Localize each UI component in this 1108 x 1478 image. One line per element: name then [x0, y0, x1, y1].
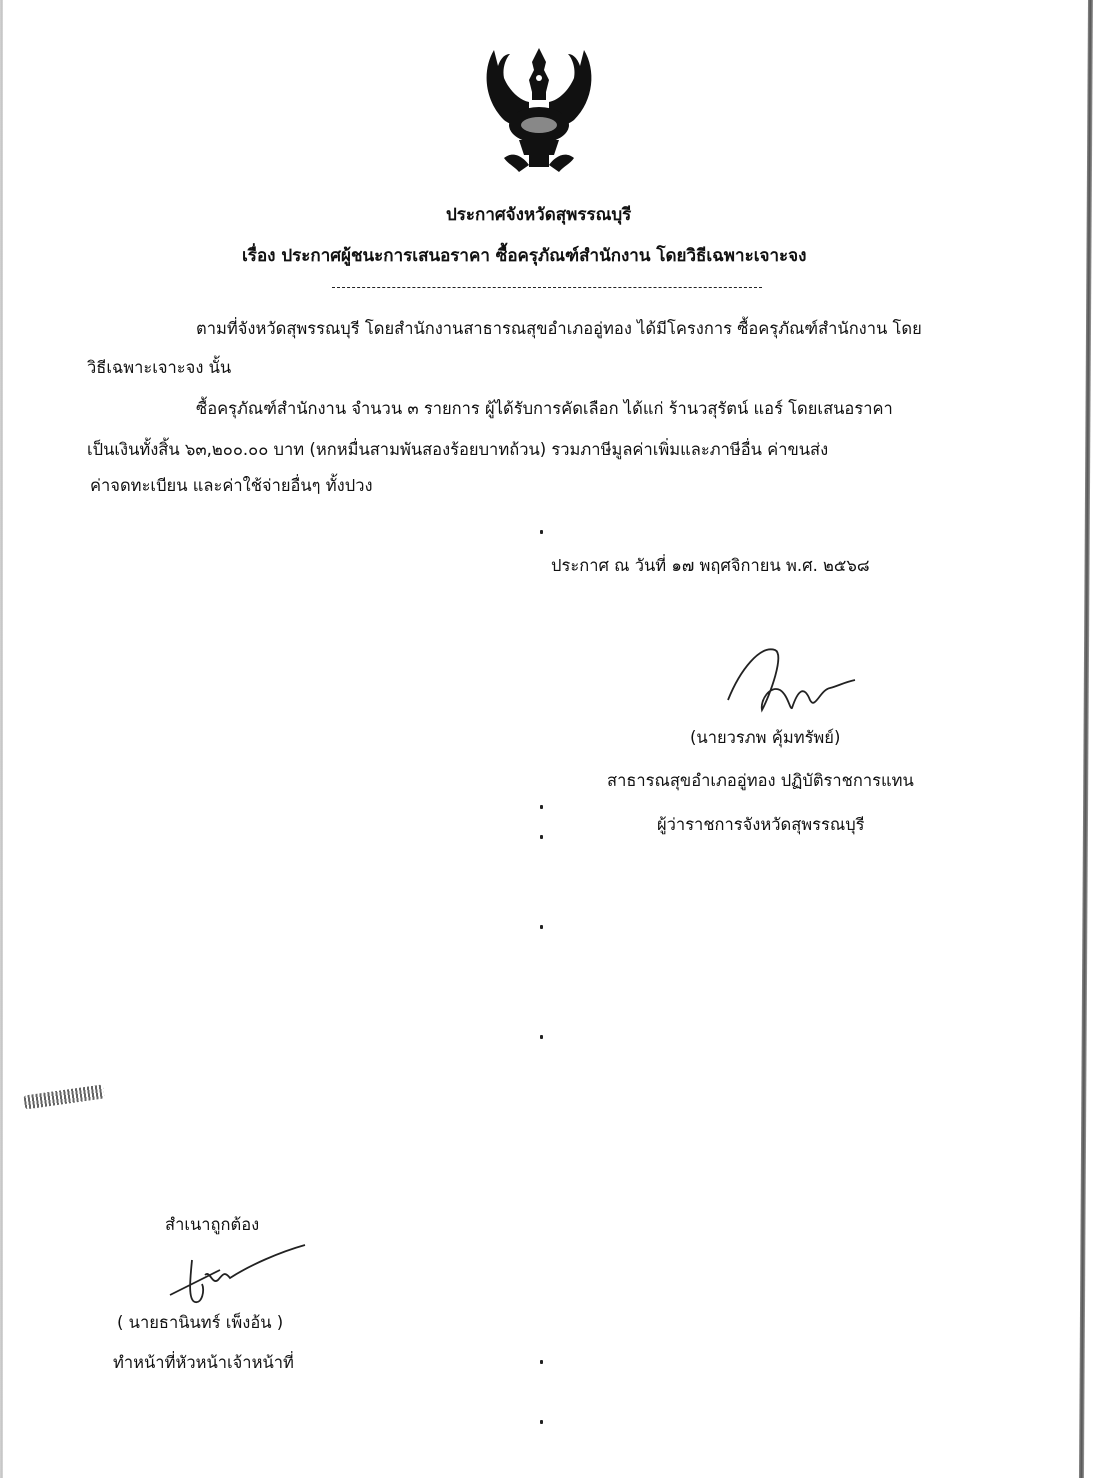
scan-speck: [540, 925, 543, 929]
paragraph-1-line-1: ตามที่จังหวัดสุพรรณบุรี โดยสำนักงานสาธาร…: [196, 316, 922, 342]
page-edge-right: [1079, 0, 1093, 1478]
signatory-name: (นายวรภพ คุ้มทรัพย์): [690, 725, 840, 751]
scan-speck: [540, 835, 543, 839]
announcement-date: ประกาศ ณ วันที่ ๑๗ พฤศจิกายน พ.ศ. ๒๕๖๘: [551, 553, 870, 579]
certified-copy-name: ( นายธานินทร์ เพ็งอ้น ): [117, 1310, 283, 1336]
subject-title: เรื่อง ประกาศผู้ชนะการเสนอราคา ซื้อครุภั…: [242, 242, 806, 269]
certified-copy-label: สำเนาถูกต้อง: [165, 1212, 259, 1238]
paragraph-2-line-3: ค่าจดทะเบียน และค่าใช้จ่ายอื่นๆ ทั้งปวง: [90, 473, 373, 499]
paragraph-2-line-1: ซื้อครุภัณฑ์สำนักงาน จำนวน ๓ รายการ ผู้ไ…: [196, 396, 893, 422]
ink-smudge: [23, 1085, 104, 1110]
paragraph-2-line-2: เป็นเงินทั้งสิ้น ๖๓,๒๐๐.๐๐ บาท (หกหมื่นส…: [87, 437, 828, 463]
garuda-emblem-icon: [474, 40, 604, 180]
signatory-position-line-1: สาธารณสุขอำเภออู่ทอง ปฏิบัติราชการแทน: [607, 768, 914, 794]
separator-line: [332, 287, 762, 288]
signatory-position-line-2: ผู้ว่าราชการจังหวัดสุพรรณบุรี: [657, 812, 865, 838]
page-edge-left: [0, 0, 3, 1478]
paragraph-1-line-2: วิธีเฉพาะเจาะจง นั้น: [87, 355, 231, 381]
scan-speck: [540, 1035, 543, 1039]
scan-speck: [540, 530, 543, 534]
scan-speck: [540, 1420, 543, 1424]
certified-copy-signature-mark: [160, 1240, 320, 1310]
scan-speck: [540, 805, 543, 809]
signature-mark: [720, 640, 900, 720]
issuer-title: ประกาศจังหวัดสุพรรณบุรี: [446, 201, 631, 228]
certified-copy-position: ทำหน้าที่หัวหน้าเจ้าหน้าที่: [113, 1350, 294, 1376]
scan-speck: [540, 1360, 543, 1364]
